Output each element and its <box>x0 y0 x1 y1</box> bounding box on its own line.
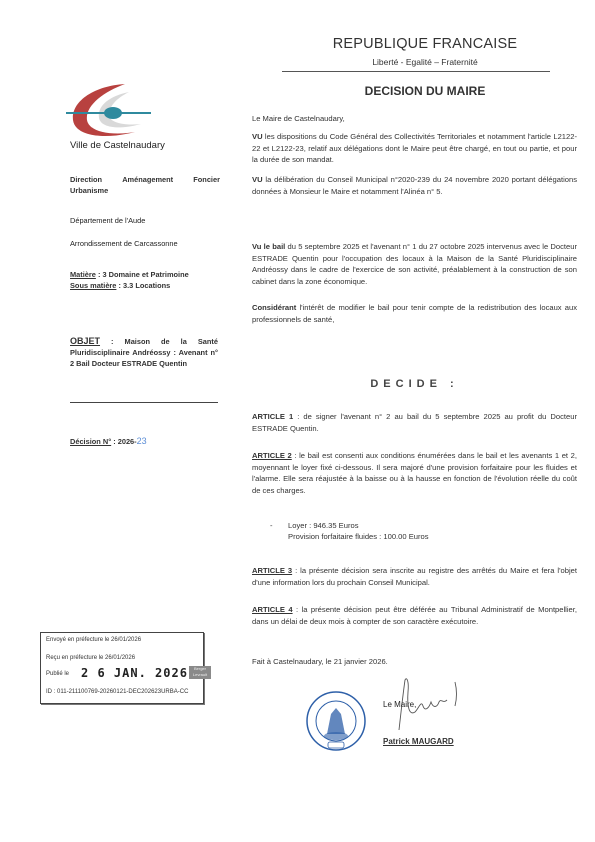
vu-paragraph-2: VU la délibération du Conseil Municipal … <box>252 174 577 197</box>
maire-intro: Le Maire de Castelnaudary, <box>252 113 577 125</box>
matiere-value: : 3 Domaine et Patrimoine <box>96 270 189 279</box>
sous-matiere-value: : 3.3 Locations <box>116 281 170 290</box>
article-label: ARTICLE 2 <box>252 451 292 460</box>
provision-item: Provision forfaitaire fluides : 100.00 E… <box>288 532 429 541</box>
loyer-value: Loyer : 946.35 Euros <box>288 521 359 530</box>
departement-label: Département de l'Aude <box>70 215 145 226</box>
prefecture-stamp: Envoyé en préfecture le 26/01/2026 Reçu … <box>40 632 204 704</box>
berger-levrault-badge-icon: Berger Levrault <box>189 666 211 679</box>
article-label: ARTICLE 1 <box>252 412 293 421</box>
article-text: : de signer l'avenant n° 2 au bail du 5 … <box>252 412 577 433</box>
article-1: ARTICLE 1 : de signer l'avenant n° 2 au … <box>252 411 577 434</box>
article-label: ARTICLE 3 <box>252 566 292 575</box>
republic-heading: REPUBLIQUE FRANCAISE <box>300 36 550 52</box>
decision-number-handwritten: 23 <box>137 436 147 446</box>
vu-text: du 5 septembre 2025 et l'avenant n° 1 du… <box>252 242 577 286</box>
stamp-id: ID : 011-211100769-20260121-DEC202623URB… <box>46 689 188 695</box>
vu-lead: VU <box>252 132 263 141</box>
city-name: Ville de Castelnaudary <box>70 140 165 151</box>
city-seal-icon <box>305 690 367 752</box>
vu-text: la délibération du Conseil Municipal n°2… <box>252 175 577 196</box>
vu-lead: Vu le bail <box>252 242 285 251</box>
republic-motto: Liberté - Egalité – Fraternité <box>300 57 550 67</box>
header-divider <box>282 71 550 72</box>
direction-label: Direction Aménagement Foncier Urbanisme <box>70 175 220 196</box>
castelnaudary-logo-icon <box>63 82 153 140</box>
considerant-paragraph: Considérant l'intérêt de modifier le bai… <box>252 302 577 325</box>
stamp-publie-date: 2 6 JAN. 2026 <box>81 666 188 680</box>
bullet-dash: - <box>270 520 288 532</box>
decide-heading: DECIDE : <box>252 378 577 390</box>
vu-text: les dispositions du Code Général des Col… <box>252 132 577 164</box>
loyer-item: -Loyer : 946.35 Euros <box>270 520 359 532</box>
document-title: DECISION DU MAIRE <box>300 84 550 98</box>
article-text: : la présente décision peut être déférée… <box>252 605 577 626</box>
article-3: ARTICLE 3 : la présente décision sera in… <box>252 565 577 588</box>
article-label: ARTICLE 4 <box>252 605 293 614</box>
article-4: ARTICLE 4 : la présente décision peut êt… <box>252 604 577 627</box>
objet-divider <box>70 402 218 403</box>
vu-paragraph-3: Vu le bail du 5 septembre 2025 et l'aven… <box>252 241 577 288</box>
direction-line2: Urbanisme <box>70 186 220 197</box>
signatory-name: Patrick MAUGARD <box>383 737 454 746</box>
matiere-label: Matière <box>70 270 96 279</box>
direction-word: Aménagement <box>122 175 173 186</box>
considerant-lead: Considérant <box>252 303 296 312</box>
stamp-envoye: Envoyé en préfecture le 26/01/2026 <box>46 637 141 643</box>
decision-number: Décision N° : 2026-23 <box>70 436 147 446</box>
article-text: : le bail est consenti aux conditions én… <box>252 451 577 495</box>
article-text: : la présente décision sera inscrite au … <box>252 566 577 587</box>
decision-number-prefix: : 2026- <box>111 437 136 446</box>
le-maire-label: Le Maire, <box>383 700 416 709</box>
article-2: ARTICLE 2 : le bail est consenti aux con… <box>252 450 577 497</box>
matiere-block: Matière : 3 Domaine et Patrimoine Sous m… <box>70 269 189 291</box>
direction-word: Foncier <box>193 175 220 186</box>
objet-block: OBJET : Maison de la Santé Pluridiscipli… <box>70 336 218 369</box>
direction-word: Direction <box>70 175 102 186</box>
vu-paragraph-1: VU les dispositions du Code Général des … <box>252 131 577 166</box>
fait-a-line: Fait à Castelnaudary, le 21 janvier 2026… <box>252 656 577 668</box>
stamp-recu: Reçu en préfecture le 26/01/2026 <box>46 655 135 661</box>
arrondissement-label: Arrondissement de Carcassonne <box>70 238 178 249</box>
vu-lead: VU <box>252 175 263 184</box>
decision-number-label: Décision N° <box>70 437 111 446</box>
sous-matiere-label: Sous matière <box>70 281 116 290</box>
objet-label: OBJET <box>70 336 100 346</box>
stamp-publie-label: Publié le <box>46 671 69 677</box>
considerant-text: l'intérêt de modifier le bail pour tenir… <box>252 303 577 324</box>
